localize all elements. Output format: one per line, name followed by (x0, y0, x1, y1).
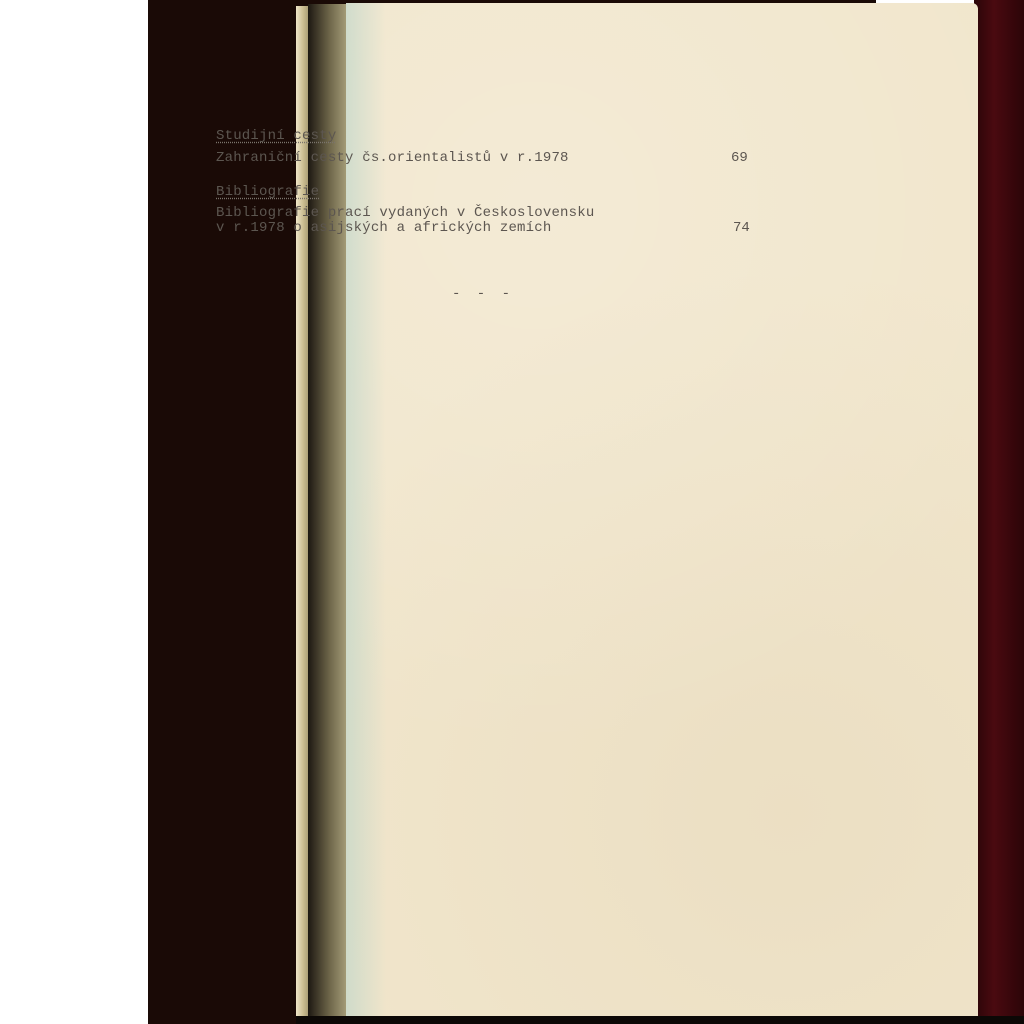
toc-entry-text: Bibliografie prací vydaných v Českoslove… (216, 205, 594, 221)
toc-entry-text-continued: v r.1978 o asijských a afrických zemích (216, 220, 551, 236)
toc-entry-text: Zahraniční cesty čs.orientalistů v r.197… (216, 150, 569, 166)
section-heading-bibliography: Bibliografie (216, 184, 319, 200)
scan-bottom-border (296, 1016, 1024, 1024)
toc-entry-page: 74 (733, 220, 750, 236)
toc-entry-page: 69 (731, 150, 748, 166)
back-cover-edge (974, 0, 1024, 1024)
section-heading-study-trips: Studijní cesty (216, 128, 336, 144)
end-mark: - - - (452, 286, 514, 302)
